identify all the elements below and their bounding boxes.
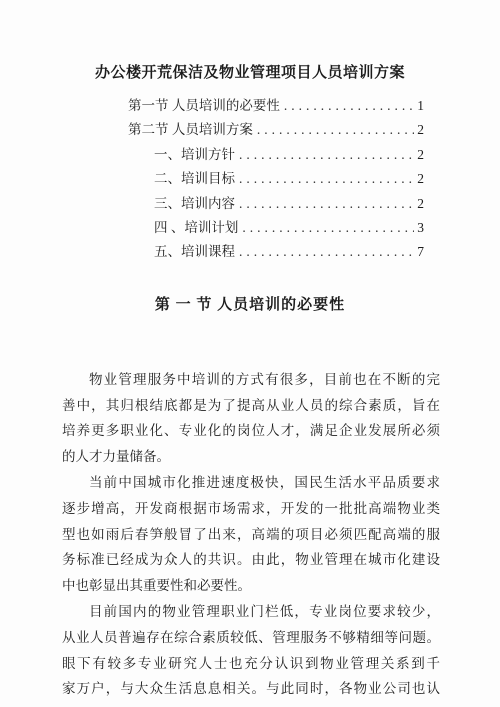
toc-page-number: 7: [414, 240, 424, 264]
table-of-contents: 第一节 人员培训的必要性 ...........................…: [128, 94, 424, 265]
body-text-line: 型也如雨后春笋般冒了出来，高端的项目必须匹配高端的服: [62, 522, 440, 548]
body-text-line: 培养更多职业化、专业化的岗位人才，满足企业发展所必须: [62, 418, 440, 444]
toc-dot-leader: ........................................…: [284, 94, 414, 118]
toc-entry-section-2[interactable]: 第二节 人员培训方案 .............................…: [128, 118, 424, 142]
body-text-line: 家万户，与大众生活息息相关。与此同时，各物业公司也认: [62, 676, 440, 702]
toc-dot-leader: ........................................…: [257, 118, 414, 142]
body-text-line: 目前国内的物业管理职业门栏低，专业岗位要求较少，: [62, 599, 440, 625]
toc-page-number: 3: [414, 216, 424, 240]
toc-entry-sub-4[interactable]: 四 、培训计划 ................................…: [128, 216, 424, 240]
toc-page-number: 2: [414, 143, 424, 167]
body-text-line: 善中，其归根结底都是为了提高从业人员的综合素质，旨在: [62, 393, 440, 419]
toc-dot-leader: ........................................…: [239, 240, 414, 264]
toc-dot-leader: ........................................…: [242, 216, 414, 240]
toc-dot-leader: ........................................…: [239, 192, 414, 216]
toc-entry-label: 五、培训课程: [154, 240, 239, 264]
body-text-line: 中也彰显出其重要性和必要性。: [62, 573, 440, 599]
toc-entry-label: 三、培训内容: [154, 192, 239, 216]
body-text-line: 逐步增高，开发商根据市场需求，开发的一批批高端物业类: [62, 496, 440, 522]
toc-entry-section-1[interactable]: 第一节 人员培训的必要性 ...........................…: [128, 94, 424, 118]
toc-entry-label: 第二节 人员培训方案: [128, 118, 257, 142]
body-text-line: 当前中国城市化推进速度极快，国民生活水平品质要求: [62, 470, 440, 496]
toc-entry-sub-3[interactable]: 三、培训内容 .................................…: [128, 192, 424, 216]
toc-entry-label: 第一节 人员培训的必要性: [128, 94, 284, 118]
body-text-line: 的人才力量储备。: [62, 444, 440, 470]
document-page: 办公楼开荒保洁及物业管理项目人员培训方案 第一节 人员培训的必要性 ......…: [0, 0, 500, 707]
toc-page-number: 2: [414, 192, 424, 216]
body-text-line: 从业人员普遍存在综合素质较低、管理服务不够精细等问题。: [62, 625, 440, 651]
body-text-line: 务标准已经成为众人的共识。由此，物业管理在城市化建设: [62, 547, 440, 573]
toc-entry-label: 一、培训方针: [154, 143, 239, 167]
body-text-line: 物业管理服务中培训的方式有很多，目前也在不断的完: [62, 367, 440, 393]
toc-entry-label: 四 、培训计划: [154, 216, 242, 240]
toc-page-number: 2: [414, 167, 424, 191]
document-title: 办公楼开荒保洁及物业管理项目人员培训方案: [0, 60, 500, 86]
toc-entry-label: 二、培训目标: [154, 167, 239, 191]
toc-entry-sub-5[interactable]: 五、培训课程 .................................…: [128, 240, 424, 264]
toc-entry-sub-1[interactable]: 一、培训方针 .................................…: [128, 143, 424, 167]
document-body: 物业管理服务中培训的方式有很多，目前也在不断的完 善中，其归根结底都是为了提高从…: [62, 367, 440, 702]
section-heading: 第 一 节 人员培训的必要性: [0, 293, 500, 317]
body-text-line: 眼下有较多专业研究人士也充分认识到物业管理关系到千: [62, 651, 440, 677]
toc-entry-sub-2[interactable]: 二、培训目标 .................................…: [128, 167, 424, 191]
toc-dot-leader: ........................................…: [239, 167, 414, 191]
toc-dot-leader: ........................................…: [239, 143, 414, 167]
toc-page-number: 2: [414, 118, 424, 142]
toc-page-number: 1: [414, 94, 424, 118]
